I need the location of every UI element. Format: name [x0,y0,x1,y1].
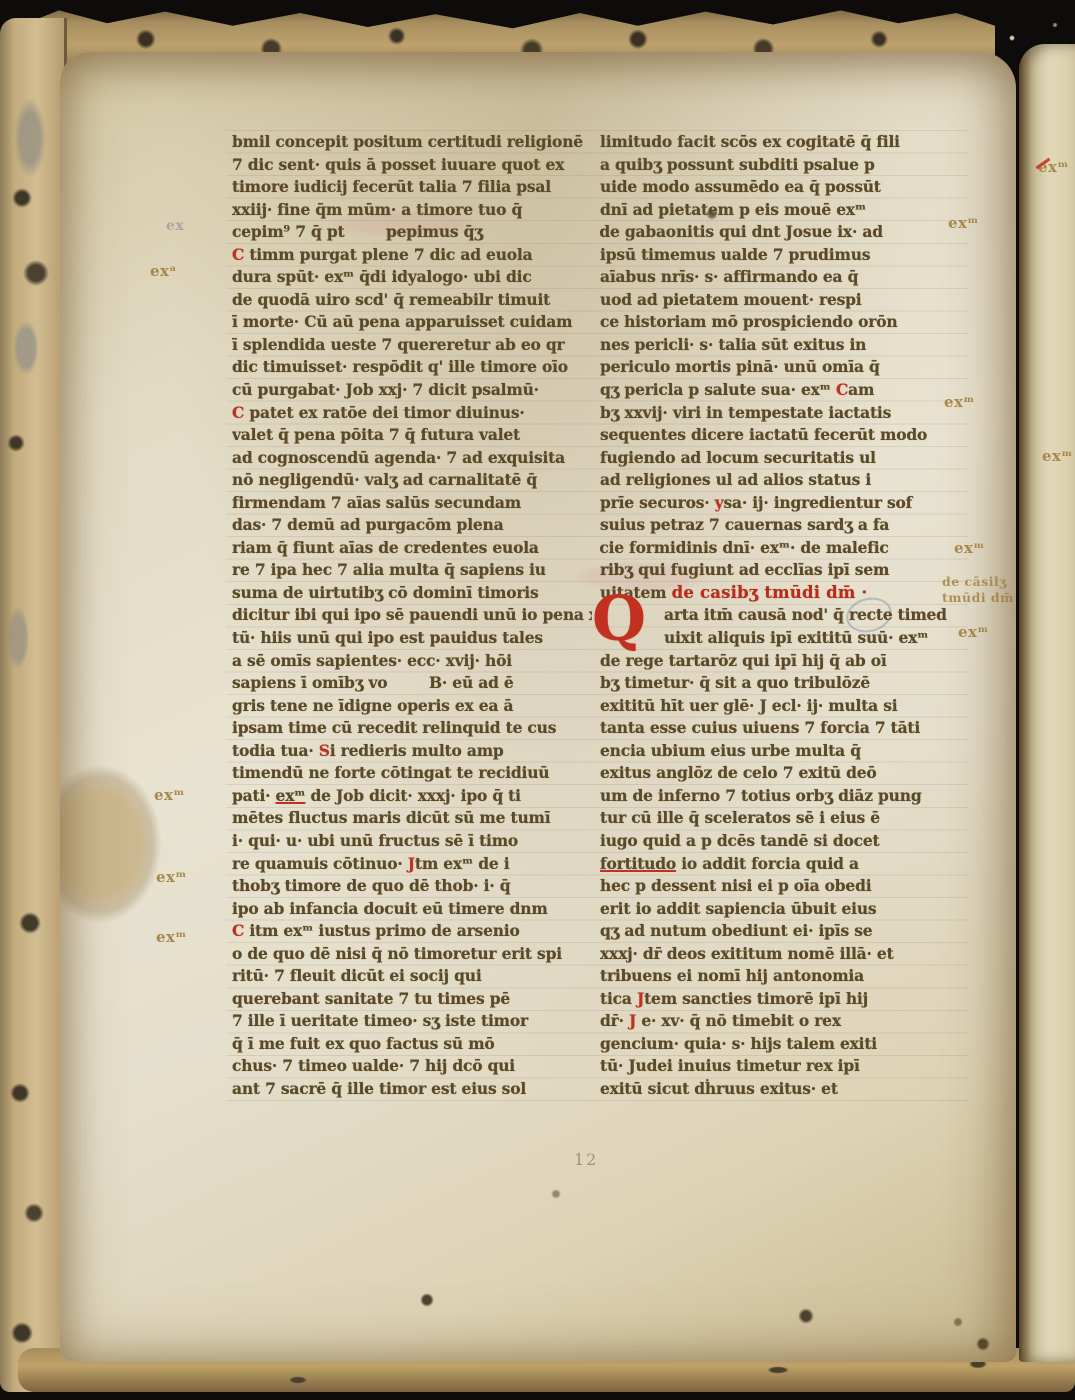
text-line: bʒ xxvij· viri in tempestate iactatis [600,402,960,425]
text-segment: querebant sanitate 7 tu times pē [232,989,510,1008]
text-line: de quodā uiro scd' q̄ remeabilr timuit [232,289,592,312]
text-segment: dicitur ibi qui ipo sē pauendi unū io pe… [232,605,592,624]
initial-q: Q [592,588,646,650]
text-segment: timm purgat plene 7 dic ad euola [249,245,532,264]
damaged-left-edge [0,18,67,1392]
text-line: ipsū timemus ualde 7 prudimus [600,244,960,267]
text-line: dic timuisset· respōdit q' ille timore o… [232,356,592,379]
text-segment: qʒ ad nutum obediunt ei· ipīs se [600,921,872,940]
text-segment: C [232,245,249,264]
text-line: thobʒ timore de quo dē thob· i· q̄ [232,875,592,898]
text-segment: exititū hīt uer glē· J ecl· ij· multa si [600,696,897,715]
text-segment: a sē omīs sapientes· ecc· xvij· hōi [232,651,512,670]
text-line: pati· exᵐ de Job dicit· xxxj· ipo q̄ ti [232,785,592,808]
text-line: re quamuis cōtinuo· Jtm exᵐ de i [232,853,592,876]
margin-note: exᵐ [156,928,187,946]
text-line: nes pericli· s· talia sūt exitus in [600,334,960,357]
text-segment: xxiij· fine q̄m mūm· a timore tuo q̄ [232,200,522,219]
text-segment: ipsū timemus ualde 7 prudimus [600,245,870,264]
text-line: prīe securos· ysa· ij· ingredientur sof [600,492,960,515]
text-segment: J [408,854,415,873]
text-segment: dr̄· [600,1011,629,1030]
margin-note: exᵐ [1038,158,1069,176]
text-segment: dura spūt· exᵐ q̄di idyalogo· ubi dic [232,267,532,286]
text-segment: bmil concepit positum certitudi religion… [232,132,583,151]
text-segment: exᵐ [276,786,306,805]
text-segment: de gabaonitis qui dnt Josue ix· ad [600,222,883,241]
text-segment: i· qui· u· ubi unū fructus sē ī timo [232,831,518,850]
text-segment: uixit aliquis ipī exititū suū· exᵐ [664,628,928,647]
text-segment: C [836,380,848,399]
text-line: gencium· quia· s· hijs talem exiti [600,1033,960,1056]
facing-page-edge [1019,44,1075,1362]
text-segment: gencium· quia· s· hijs talem exiti [600,1034,877,1053]
text-line: uitatem de casibʒ tmūdi dm̄ · [600,582,960,605]
text-segment: das· 7 demū ad purgacōm plena [232,515,503,534]
text-line: ad religiones ul ad alios status i [600,469,960,492]
text-line: hec p dessent nisi ei p oīa obedi [600,875,960,898]
text-segment: C [232,403,249,422]
text-segment: tribuens ei nomī hij antonomia [600,966,864,985]
text-line: aīabus nrīs· s· affirmando ea q̄ [600,266,960,289]
text-segment: riam q̄ fiunt aīas de credentes euola [232,538,539,557]
text-segment: tem sancties timorē ipī hij [644,989,868,1008]
text-segment: ant 7 sacrē q̄ ille timor est eius sol [232,1079,526,1098]
text-segment: arta itm̄ causā nod' q̄ recte timed [664,605,947,624]
text-line: ī morte· Cū aū pena apparuisset cuidam [232,311,592,334]
text-segment: todia tua· [232,741,319,760]
text-line: querebant sanitate 7 tu times pē [232,988,592,1011]
text-segment: tm exᵐ de i [415,854,510,873]
text-line: dura spūt· exᵐ q̄di idyalogo· ubi dic [232,266,592,289]
text-line: xxiij· fine q̄m mūm· a timore tuo q̄ [232,199,592,222]
text-segment: sa· ij· ingredientur sof [723,493,912,512]
margin-note: exᵐ [154,786,185,804]
text-segment: ī morte· Cū aū pena apparuisset cuidam [232,312,572,331]
text-segment: am [848,380,874,399]
text-segment: de quodā uiro scd' q̄ remeabilr timuit [232,290,550,309]
text-segment: sapiens ī omībʒ vo B· eū ad ē [232,673,514,692]
text-line: timore iudicij fecerūt talia 7 filia psa… [232,176,592,199]
text-segment: cie formidinis dnī· exᵐ· de malefic [600,538,889,557]
text-segment: tur cū ille q̄ sceleratos sē i eius ē [600,808,880,827]
text-segment: C [232,921,249,940]
text-line: arta itm̄ causā nod' q̄ recte timed [600,604,960,627]
text-segment: q̄ ī me fuit ex quo factus sū mō [232,1034,495,1053]
text-line: suius petraz 7 cauernas sardʒ a fa [600,514,960,537]
text-line: i· qui· u· ubi unū fructus sē ī timo [232,830,592,853]
text-segment: o de quo dē nisi q̄ nō timoretur erit sp… [232,944,562,963]
margin-note: exᵐ [954,539,985,557]
text-segment: chus· 7 timeo ualde· 7 hij dcō qui [232,1056,515,1075]
text-segment: ribʒ qui fugiunt ad ecclīas ipī sem [600,560,889,579]
text-line: todia tua· Si redieris multo amp [232,740,592,763]
text-line: exititū hīt uer glē· J ecl· ij· multa si [600,695,960,718]
text-segment: iugo quid a p dcēs tandē si docet [600,831,880,850]
text-segment: qʒ pericla p salute sua· exᵐ [600,380,836,399]
margin-note: ex [166,218,184,234]
text-line: tica Jtem sancties timorē ipī hij [600,988,960,1011]
text-segment: a quibʒ possunt subditi psalue p [600,155,875,174]
text-line: nō negligendū· valʒ ad carnalitatē q̄ [232,469,592,492]
text-line: fortitudo io addit forcia quid a [600,853,960,876]
text-segment: cepim⁹ 7 q̄ pt pepimus q̄ʒ [232,222,483,241]
margin-note: exᵐ [1042,447,1073,465]
text-segment: aīabus nrīs· s· affirmando ea q̄ [600,267,858,286]
margin-note: exᵐ [944,393,975,411]
text-segment: periculo mortis pinā· unū omīa q̄ [600,357,880,376]
text-segment: 7 dic sent· quis ā posset iuuare quot ex [232,155,564,174]
text-segment: de casibʒ tmūdi dm̄ · [672,583,868,602]
text-segment: erit io addit sapiencia ūbuit eius [600,899,876,918]
text-segment: firmendam 7 aīas salūs secundam [232,493,521,512]
text-column-right: limitudo facit scōs ex cogitatē q̄ filia… [600,131,960,1107]
text-segment: bʒ xxvij· viri in tempestate iactatis [600,403,891,422]
text-segment: i redieris multo amp [330,741,504,760]
text-line: das· 7 demū ad purgacōm plena [232,514,592,537]
text-line: periculo mortis pinā· unū omīa q̄ [600,356,960,379]
text-line: qʒ pericla p salute sua· exᵐ Cam [600,379,960,402]
text-line: a quibʒ possunt subditi psalue p [600,154,960,177]
text-line: gris tene ne īdigne operis ex ea ā [232,695,592,718]
text-segment: dic timuisset· respōdit q' ille timore o… [232,357,568,376]
text-segment: ad cognoscendū agenda· 7 ad exquisita [232,448,565,467]
text-line: o de quo dē nisi q̄ nō timoretur erit sp… [232,943,592,966]
text-line: tribuens ei nomī hij antonomia [600,965,960,988]
text-line: ī splendida ueste 7 quereretur ab eo qr [232,334,592,357]
text-line: timendū ne forte cōtingat te recidiuū [232,762,592,785]
text-segment: tica [600,989,637,1008]
text-segment: J [637,989,644,1008]
text-segment: itm exᵐ iustus primo de arsenio [249,921,519,940]
text-segment: xxxj· dr̄ deos exititum nomē illā· et [600,944,894,963]
text-line: dicitur ibi qui ipo sē pauendi unū io pe… [232,604,592,627]
text-segment: exitus anglōz de celo 7 exitū deō [600,763,877,782]
text-line: xxxj· dr̄ deos exititum nomē illā· et [600,943,960,966]
text-segment: de Job dicit· xxxj· ipo q̄ ti [305,786,520,805]
text-line: sequentes dicere iactatū fecerūt modo [600,424,960,447]
text-segment: sequentes dicere iactatū fecerūt modo [600,425,927,444]
text-segment: io addit forcia quid a [676,854,859,873]
text-line: 7 ille ī ueritate timeo· sʒ iste timor [232,1010,592,1033]
text-segment: S [319,741,330,760]
text-segment: uide modo assumēdo ea q̄ possūt [600,177,881,196]
text-line: suma de uirtutibʒ cō dominī timoris [232,582,592,605]
text-line: ad cognoscendū agenda· 7 ad exquisita [232,447,592,470]
text-segment: suius petraz 7 cauernas sardʒ a fa [600,515,889,534]
photo-scene: bmil concepit positum certitudi religion… [0,0,1075,1400]
text-line: C de gabaonitis qui dnt Josue ix· ad [600,221,960,244]
text-segment: prīe securos· [600,493,715,512]
text-line: C cie formidinis dnī· exᵐ· de malefic [600,537,960,560]
text-segment: tū· hiis unū qui ipo est pauidus tales [232,628,543,647]
text-segment: patet ex ratōe dei timor diuinus· [249,403,524,422]
text-line: cepim⁹ 7 q̄ pt pepimus q̄ʒ [232,221,592,244]
text-line: riam q̄ fiunt aīas de credentes euola [232,537,592,560]
text-line: encia ubium eius urbe multa q̄ [600,740,960,763]
text-segment: timore iudicij fecerūt talia 7 filia psa… [232,177,551,196]
text-line: tū· Judei inuius timetur rex ipī [600,1055,960,1078]
text-segment: re 7 ipa hec 7 alia multa q̄ sapiens iu [232,560,546,579]
text-line: exitū sicut dḣruus exitus· et [600,1078,960,1101]
text-line: uod ad pietatem mouent· respi [600,289,960,312]
text-line: ce historiam mō prospiciendo orōn [600,311,960,334]
text-line: erit io addit sapiencia ūbuit eius [600,898,960,921]
text-line: tū· hiis unū qui ipo est pauidus tales [232,627,592,650]
text-line: exitus anglōz de celo 7 exitū deō [600,762,960,785]
text-line: ant 7 sacrē q̄ ille timor est eius sol [232,1078,592,1101]
text-segment: ce historiam mō prospiciendo orōn [600,312,897,331]
text-segment: encia ubium eius urbe multa q̄ [600,741,861,760]
margin-note: exᵐ [958,623,989,641]
text-segment: fortitudo [600,854,676,873]
text-line: limitudo facit scōs ex cogitatē q̄ fili [600,131,960,154]
text-line: tanta esse cuius uiuens 7 forcia 7 tāti [600,717,960,740]
text-segment: e· xv· q̄ nō timebit o rex [636,1011,841,1030]
text-segment: hec p dessent nisi ei p oīa obedi [600,876,871,895]
text-segment: re quamuis cōtinuo· [232,854,408,873]
margin-note: de cāsilʒ tmūdi dm̄ [942,574,1014,606]
margin-note: exᵐ [948,214,979,232]
text-segment: 7 ille ī ueritate timeo· sʒ iste timor [232,1011,528,1030]
text-line: ipo ab infancia docuit eū timere dnm [232,898,592,921]
text-segment: nes pericli· s· talia sūt exitus in [600,335,866,354]
text-segment: cū purgabat· Job xxj· 7 dicit psalmū· [232,380,539,399]
text-line: sapiens ī omībʒ vo B· eū ad ē [232,672,592,695]
text-line: bʒ timetur· q̄ sit a quo tribulōzē [600,672,960,695]
text-segment: mētes fluctus maris dicūt sū me tumī [232,808,550,827]
text-segment: nō negligendū· valʒ ad carnalitatē q̄ [232,470,537,489]
text-segment: ipo ab infancia docuit eū timere dnm [232,899,548,918]
text-segment: um de inferno 7 totius orbʒ diāz pung [600,786,921,805]
text-segment: bʒ timetur· q̄ sit a quo tribulōzē [600,673,870,692]
text-line: ipsam time cū recedit relinquid te cus [232,717,592,740]
text-line: 7 dic sent· quis ā posset iuuare quot ex [232,154,592,177]
text-segment: gris tene ne īdigne operis ex ea ā [232,696,513,715]
text-segment: pati· [232,786,276,805]
text-segment: uod ad pietatem mouent· respi [600,290,862,309]
text-line: iugo quid a p dcēs tandē si docet [600,830,960,853]
text-line: bmil concepit positum certitudi religion… [232,131,592,154]
text-column-left: bmil concepit positum certitudi religion… [232,131,592,1107]
text-line: C timm purgat plene 7 dic ad euola [232,244,592,267]
text-line: de rege tartarōz qui ipī hij q̄ ab oī [600,650,960,673]
text-segment: ad religiones ul ad alios status i [600,470,871,489]
text-line: dr̄· J e· xv· q̄ nō timebit o rex [600,1010,960,1033]
text-segment: fugiendo ad locum securitatis ul [600,448,876,467]
text-line: firmendam 7 aīas salūs secundam [232,492,592,515]
text-segment: exitū sicut dḣruus exitus· et [600,1079,838,1098]
text-line: q̄ ī me fuit ex quo factus sū mō [232,1033,592,1056]
text-segment: ī splendida ueste 7 quereretur ab eo qr [232,335,564,354]
text-line: C patet ex ratōe dei timor diuinus· [232,402,592,425]
text-segment: ipsam time cū recedit relinquid te cus [232,718,556,737]
text-line: tur cū ille q̄ sceleratos sē i eius ē [600,807,960,830]
text-line: re 7 ipa hec 7 alia multa q̄ sapiens iu [232,559,592,582]
text-line: um de inferno 7 totius orbʒ diāz pung [600,785,960,808]
text-segment: suma de uirtutibʒ cō dominī timoris [232,583,539,602]
text-line: ribʒ qui fugiunt ad ecclīas ipī sem [600,559,960,582]
text-line: cū purgabat· Job xxj· 7 dicit psalmū· [232,379,592,402]
margin-note: exᵃ [150,262,177,280]
text-line: ritū· 7 fleuit dicūt ei socij qui [232,965,592,988]
text-line: uixit aliquis ipī exititū suū· exᵐ [600,627,960,650]
text-line: qʒ ad nutum obediunt ei· ipīs se [600,920,960,943]
margin-note: exᵐ [156,868,187,886]
text-line: a sē omīs sapientes· ecc· xvij· hōi [232,650,592,673]
text-line: dnī ad pietatem p eis mouē exᵐ [600,199,960,222]
text-line: valet q̄ pena pōita 7 q̄ futura valet [232,424,592,447]
text-segment: dnī ad pietatem p eis mouē exᵐ [600,200,866,219]
text-line: chus· 7 timeo ualde· 7 hij dcō qui [232,1055,592,1078]
text-line: C itm exᵐ iustus primo de arsenio [232,920,592,943]
text-segment: ritū· 7 fleuit dicūt ei socij qui [232,966,482,985]
text-line: mētes fluctus maris dicūt sū me tumī [232,807,592,830]
text-line: fugiendo ad locum securitatis ul [600,447,960,470]
folio-number: 12 [574,1150,598,1169]
text-segment: thobʒ timore de quo dē thob· i· q̄ [232,876,510,895]
text-segment: valet q̄ pena pōita 7 q̄ futura valet [232,425,520,444]
text-line: uide modo assumēdo ea q̄ possūt [600,176,960,199]
text-segment: tanta esse cuius uiuens 7 forcia 7 tāti [600,718,920,737]
text-segment: tū· Judei inuius timetur rex ipī [600,1056,860,1075]
text-segment: timendū ne forte cōtingat te recidiuū [232,763,549,782]
text-segment: limitudo facit scōs ex cogitatē q̄ fili [600,132,900,151]
